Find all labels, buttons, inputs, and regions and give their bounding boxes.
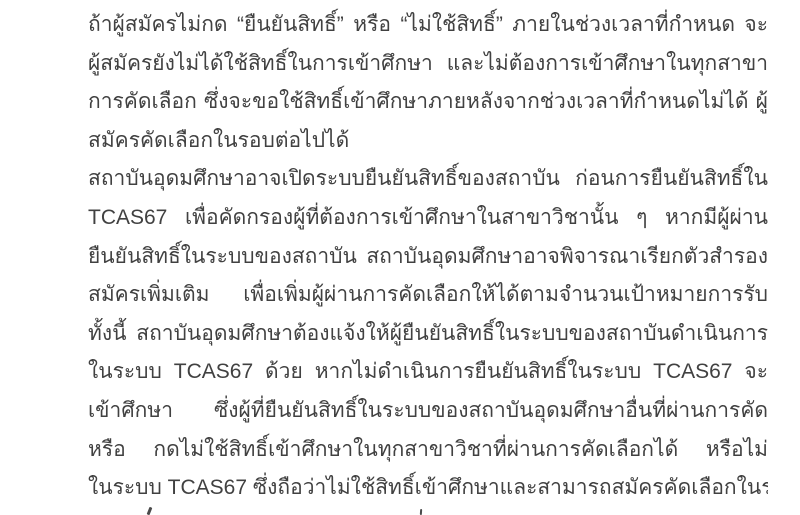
- list-item-text: หรือ กดไม่ใช้สิทธิ์เข้าศึกษาในทุกสาขาวิช…: [88, 438, 768, 470]
- regulations-text-block: 1.1.6 ถ้าผู้สมัครไม่กด “ยืนยันสิทธิ์” หร…: [0, 6, 800, 508]
- list-item-1-1-7-line-2: TCAS67 เพื่อคัดกรองผู้ที่ต้องการเข้าศึกษ…: [88, 199, 768, 238]
- list-item-text: การคัดเลือก ซึ่งจะขอใช้สิทธิ์เข้าศึกษาภา…: [88, 90, 768, 122]
- document-page: 1.1.6 ถ้าผู้สมัครไม่กด “ยืนยันสิทธิ์” หร…: [0, 0, 800, 515]
- clipped-next-line-fragment: [147, 507, 153, 515]
- list-item-text: เข้าศึกษา ซึ่งผู้ที่ยืนยันสิทธิ์ในระบบขอ…: [88, 399, 768, 431]
- list-item-text: TCAS67 เพื่อคัดกรองผู้ที่ต้องการเข้าศึกษ…: [88, 206, 768, 238]
- list-item-text: สถาบันอุดมศึกษาอาจเปิดระบบยืนยันสิทธิ์ขอ…: [88, 167, 768, 199]
- list-item-1-1-7-line-9: ในระบบ TCAS67 ซึ่งถือว่าไม่ใช้สิทธิ์เข้า…: [88, 469, 768, 508]
- list-item-1-1-7-line-5: ทั้งนี้ สถาบันอุดมศึกษาต้องแจ้งให้ผู้ยืน…: [88, 315, 768, 354]
- list-item-text: สมัครเพิ่มเติม เพื่อเพิ่มผู้ผ่านการคัดเล…: [88, 283, 768, 306]
- list-item-1-1-6-line-2: ผู้สมัครยังไม่ได้ใช้สิทธิ์ในการเข้าศึกษา…: [88, 45, 768, 84]
- list-item-text: ถ้าผู้สมัครไม่กด “ยืนยันสิทธิ์” หรือ “ไม…: [88, 13, 768, 45]
- list-item-1-1-7-line-4: สมัครเพิ่มเติม เพื่อเพิ่มผู้ผ่านการคัดเล…: [88, 276, 768, 315]
- list-item-1-1-7-line-7: เข้าศึกษา ซึ่งผู้ที่ยืนยันสิทธิ์ในระบบขอ…: [88, 392, 768, 431]
- list-item-text: ในระบบ TCAS67 ซึ่งถือว่าไม่ใช้สิทธิ์เข้า…: [88, 476, 768, 499]
- clipped-next-line-fragment: [420, 509, 422, 515]
- list-item-text: ในระบบ TCAS67 ด้วย หากไม่ดำเนินการยืนยัน…: [88, 360, 768, 392]
- list-item-1-1-6-line-4: สมัครคัดเลือกในรอบต่อไปได้: [88, 122, 768, 161]
- list-item-1-1-6-line-3: การคัดเลือก ซึ่งจะขอใช้สิทธิ์เข้าศึกษาภา…: [88, 83, 768, 122]
- list-item-text: ทั้งนี้ สถาบันอุดมศึกษาต้องแจ้งให้ผู้ยืน…: [88, 322, 768, 354]
- list-item-text: ยืนยันสิทธิ์ในระบบของสถาบัน สถาบันอุดมศึ…: [88, 245, 768, 277]
- list-item-1-1-6-line-1: 1.1.6 ถ้าผู้สมัครไม่กด “ยืนยันสิทธิ์” หร…: [88, 6, 768, 45]
- list-item-1-1-7-line-1: 1.1.7 สถาบันอุดมศึกษาอาจเปิดระบบยืนยันสิ…: [88, 160, 768, 199]
- list-item-text: ผู้สมัครยังไม่ได้ใช้สิทธิ์ในการเข้าศึกษา…: [88, 52, 768, 84]
- list-item-1-1-7-line-6: ในระบบ TCAS67 ด้วย หากไม่ดำเนินการยืนยัน…: [88, 353, 768, 392]
- list-item-1-1-7-line-8: หรือ กดไม่ใช้สิทธิ์เข้าศึกษาในทุกสาขาวิช…: [88, 431, 768, 470]
- list-item-text: สมัครคัดเลือกในรอบต่อไปได้: [88, 129, 349, 152]
- list-item-1-1-7-line-3: ยืนยันสิทธิ์ในระบบของสถาบัน สถาบันอุดมศึ…: [88, 238, 768, 277]
